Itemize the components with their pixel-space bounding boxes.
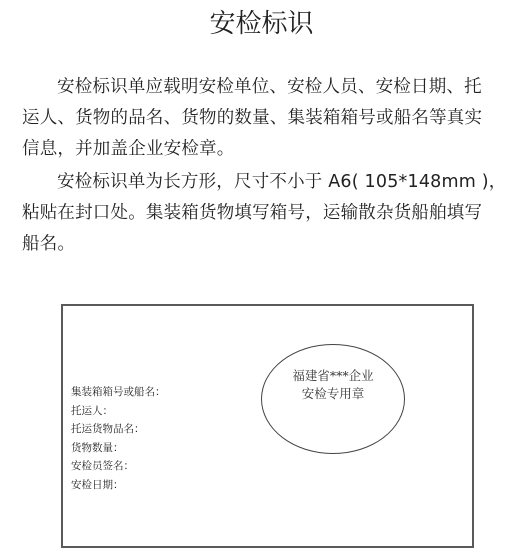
label-field-list: 集装箱箱号或船名： 托运人： 托运货物品名： 货物数量： 安检员签名： 安检日期… — [71, 383, 166, 495]
paragraph-size-requirements: 安检标识单为长方形，尺寸不小于 A6( 105*148mm )， 粘贴在封口处。… — [22, 167, 492, 260]
field-container-or-ship-name: 集装箱箱号或船名： — [71, 383, 166, 402]
stamp-line-company: 福建省***企业 — [262, 367, 404, 384]
field-inspection-date: 安检日期： — [71, 476, 166, 495]
field-goods-quantity: 货物数量： — [71, 439, 166, 458]
paragraph-line: 信息，并加盖企业安检章。 — [22, 134, 492, 165]
paragraph-content-requirements: 安检标识单应载明安检单位、安检人员、安检日期、托 运人、货物的品名、货物的数量、… — [22, 72, 492, 165]
field-shipper: 托运人： — [71, 402, 166, 421]
paragraph-line: 粘贴在封口处。集装箱货物填写箱号，运输散杂货船舶填写 — [22, 198, 492, 229]
paragraph-line: 船名。 — [22, 229, 492, 260]
paragraph-line: 运人、货物的品名、货物的数量、集装箱箱号或船名等真实 — [22, 103, 492, 134]
page-title: 安检标识 — [0, 6, 523, 42]
paragraph-line: 安检标识单应载明安检单位、安检人员、安检日期、托 — [22, 72, 492, 103]
field-inspector-signature: 安检员签名： — [71, 457, 166, 476]
paragraph-line: 安检标识单为长方形，尺寸不小于 A6( 105*148mm )， — [22, 167, 492, 198]
company-seal-stamp: 福建省***企业 安检专用章 — [261, 344, 405, 454]
field-goods-name: 托运货物品名： — [71, 420, 166, 439]
stamp-line-purpose: 安检专用章 — [262, 385, 404, 402]
